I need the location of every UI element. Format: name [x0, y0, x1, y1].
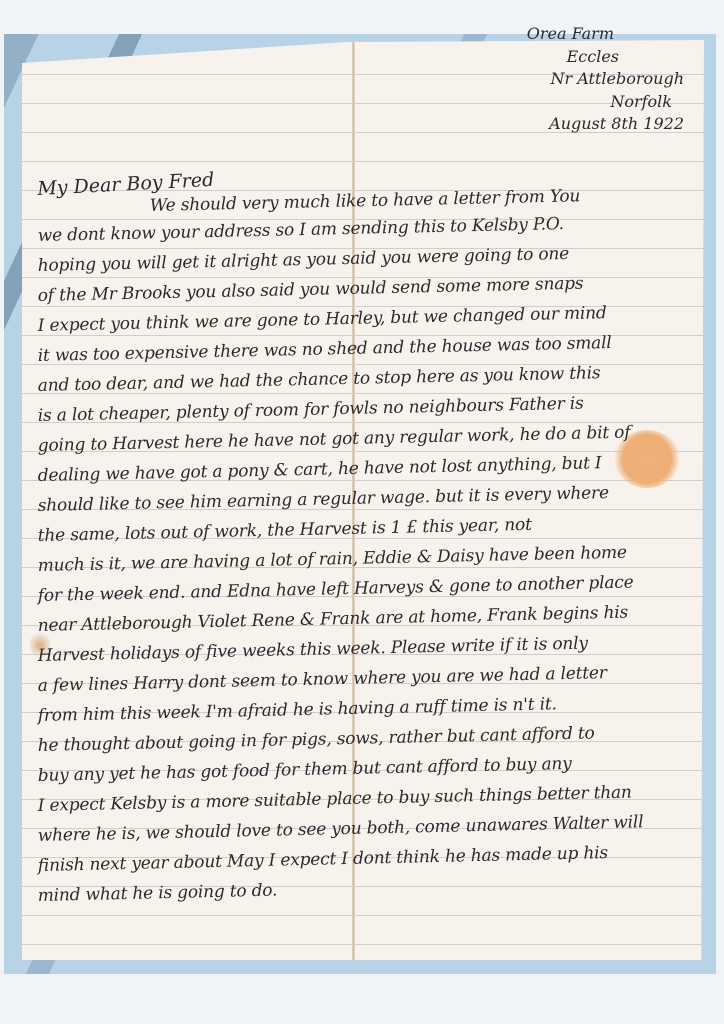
address-line-farm: Orea Farm	[527, 24, 614, 43]
address-line-village: Eccles	[567, 47, 619, 66]
address-line-town: Nr Attleborough	[551, 69, 684, 88]
address-line-county: Norfolk	[610, 92, 672, 111]
letter-date: August 8th 1922	[549, 114, 684, 133]
